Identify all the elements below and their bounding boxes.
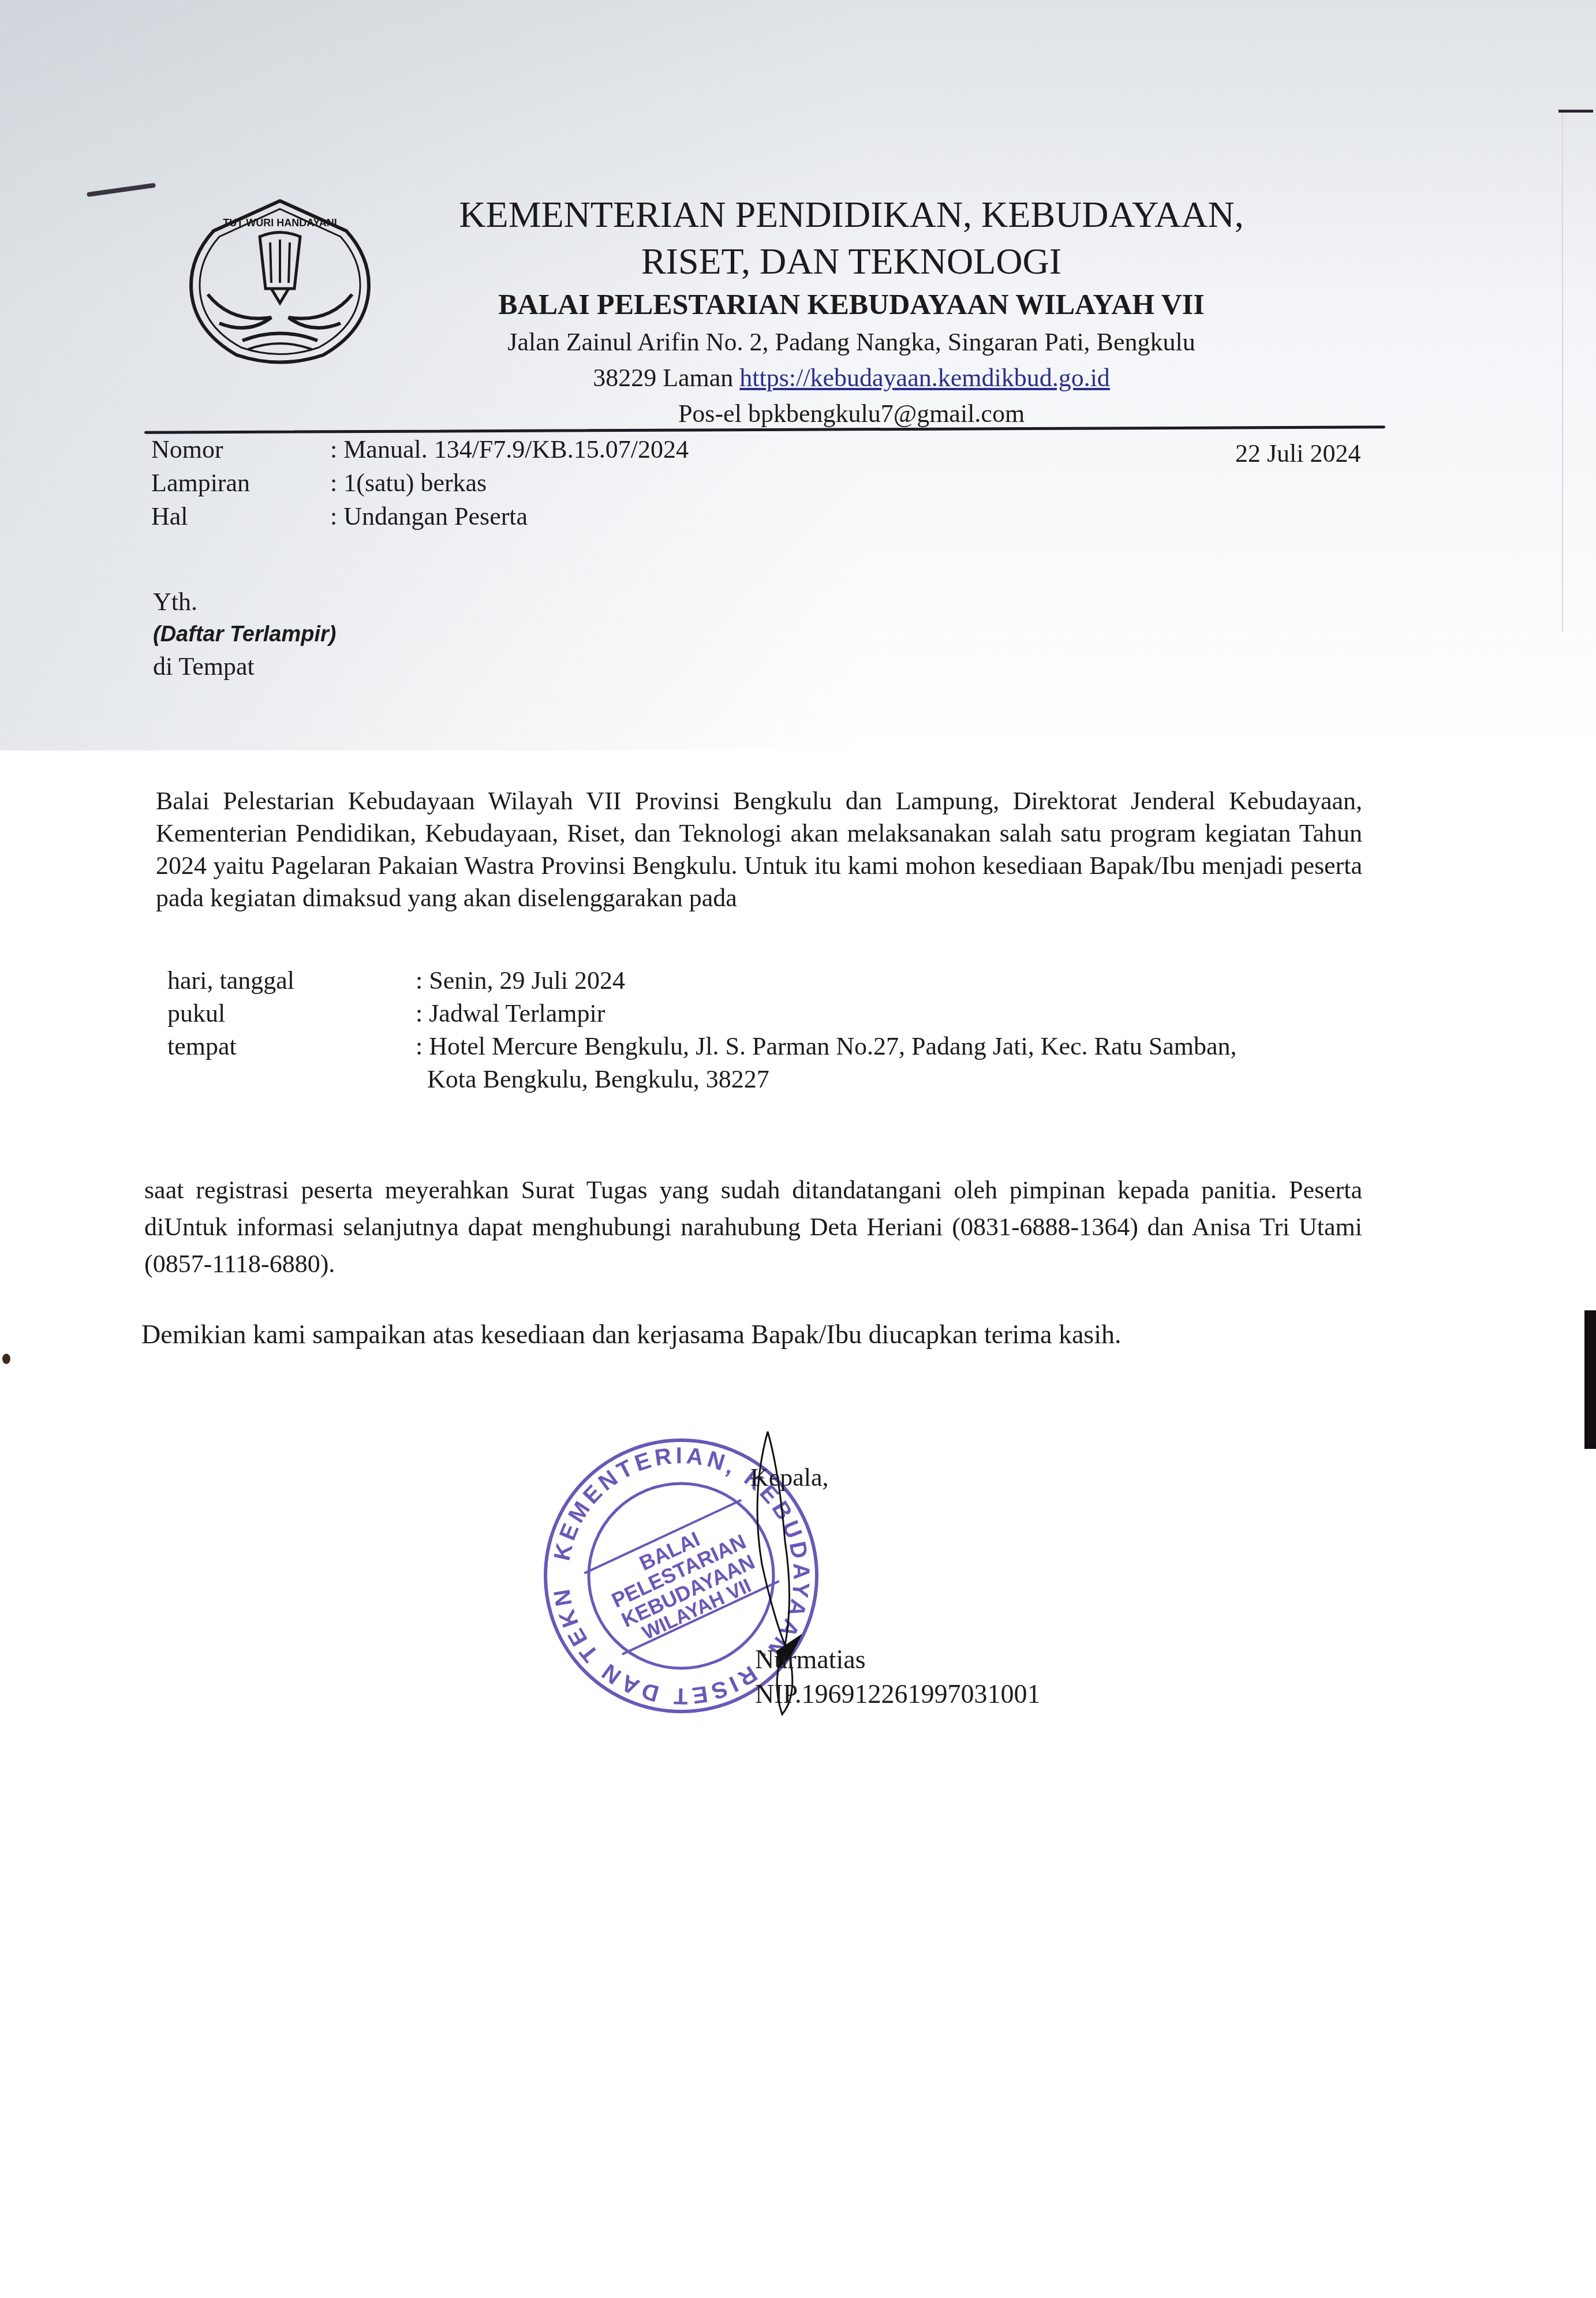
- ministry-logo: TUT WURI HANDAYANI: [173, 196, 387, 369]
- event-details: hari, tanggal : Senin, 29 Juli 2024 puku…: [167, 964, 1351, 1096]
- detail-value-line2: Kota Bengkulu, Bengkulu, 38227: [416, 1065, 769, 1093]
- page-edge-line: [1562, 113, 1563, 632]
- svg-text:TUT WURI HANDAYANI: TUT WURI HANDAYANI: [223, 217, 337, 229]
- postal-prefix: 38229 Laman: [593, 364, 733, 392]
- signatory-title: Kepala,: [750, 1460, 829, 1495]
- meta-value: : 1(satu) berkas: [330, 466, 487, 500]
- closing-sentence: Demikian kami sampaikan atas kesediaan d…: [141, 1319, 1122, 1350]
- letter-meta: Nomor : Manual. 134/F7.9/KB.15.07/2024 L…: [151, 433, 689, 533]
- signatory-block: Nurmatias NIP.196912261997031001: [755, 1642, 1041, 1712]
- meta-row-hal: Hal : Undangan Peserta: [151, 500, 689, 533]
- meta-label: Nomor: [151, 433, 330, 466]
- detail-value: : Hotel Mercure Bengkulu, Jl. S. Parman …: [416, 1030, 1351, 1096]
- dark-edge: [1584, 1310, 1596, 1449]
- body-paragraph-1: Balai Pelestarian Kebudayaan Wilayah VII…: [156, 785, 1362, 914]
- detail-label: pukul: [167, 997, 416, 1030]
- recipient-salutation: Yth.: [153, 586, 336, 618]
- detail-label: tempat: [167, 1030, 416, 1096]
- detail-value: : Senin, 29 Juli 2024: [416, 964, 1351, 997]
- signatory-name: Nurmatias: [755, 1642, 1041, 1677]
- website-link[interactable]: https://kebudayaan.kemdikbud.go.id: [739, 364, 1110, 392]
- meta-row-lampiran: Lampiran : 1(satu) berkas: [151, 466, 689, 500]
- detail-value: : Jadwal Terlampir: [416, 997, 1351, 1030]
- meta-label: Hal: [151, 500, 330, 533]
- meta-value: : Manual. 134/F7.9/KB.15.07/2024: [330, 433, 689, 466]
- recipient-block: Yth. (Daftar Terlampir) di Tempat: [153, 586, 336, 683]
- meta-label: Lampiran: [151, 466, 330, 500]
- detail-row-date: hari, tanggal : Senin, 29 Juli 2024: [167, 964, 1351, 997]
- hole-dot: [2, 1354, 10, 1364]
- detail-row-time: pukul : Jadwal Terlampir: [167, 997, 1351, 1030]
- detail-label: hari, tanggal: [167, 964, 416, 997]
- detail-value-line1: : Hotel Mercure Bengkulu, Jl. S. Parman …: [416, 1032, 1236, 1060]
- scan-mark: [87, 183, 156, 197]
- letterhead: KEMENTERIAN PENDIDIKAN, KEBUDAYAAN, RISE…: [404, 190, 1299, 432]
- recipient-name: (Daftar Terlampir): [153, 618, 336, 651]
- body-paragraph-2: saat registrasi peserta meyerahkan Surat…: [144, 1172, 1362, 1283]
- postal-website-line: 38229 Laman https://kebudayaan.kemdikbud…: [404, 360, 1299, 396]
- signatory-nip: NIP.196912261997031001: [755, 1677, 1041, 1712]
- detail-row-place: tempat : Hotel Mercure Bengkulu, Jl. S. …: [167, 1030, 1351, 1096]
- ministry-name-line2: RISET, DAN TEKNOLOGI: [404, 239, 1299, 284]
- office-address: Jalan Zainul Arifin No. 2, Padang Nangka…: [404, 324, 1299, 360]
- office-name: BALAI PELESTARIAN KEBUDAYAAN WILAYAH VII: [404, 284, 1299, 324]
- ministry-name-line1: KEMENTERIAN PENDIDIKAN, KEBUDAYAAN,: [404, 190, 1299, 239]
- meta-value: : Undangan Peserta: [330, 500, 528, 533]
- letter-date: 22 Juli 2024: [1235, 439, 1361, 468]
- recipient-place: di Tempat: [153, 651, 336, 683]
- edge-mark: [1558, 110, 1593, 113]
- meta-row-nomor: Nomor : Manual. 134/F7.9/KB.15.07/2024: [151, 433, 689, 466]
